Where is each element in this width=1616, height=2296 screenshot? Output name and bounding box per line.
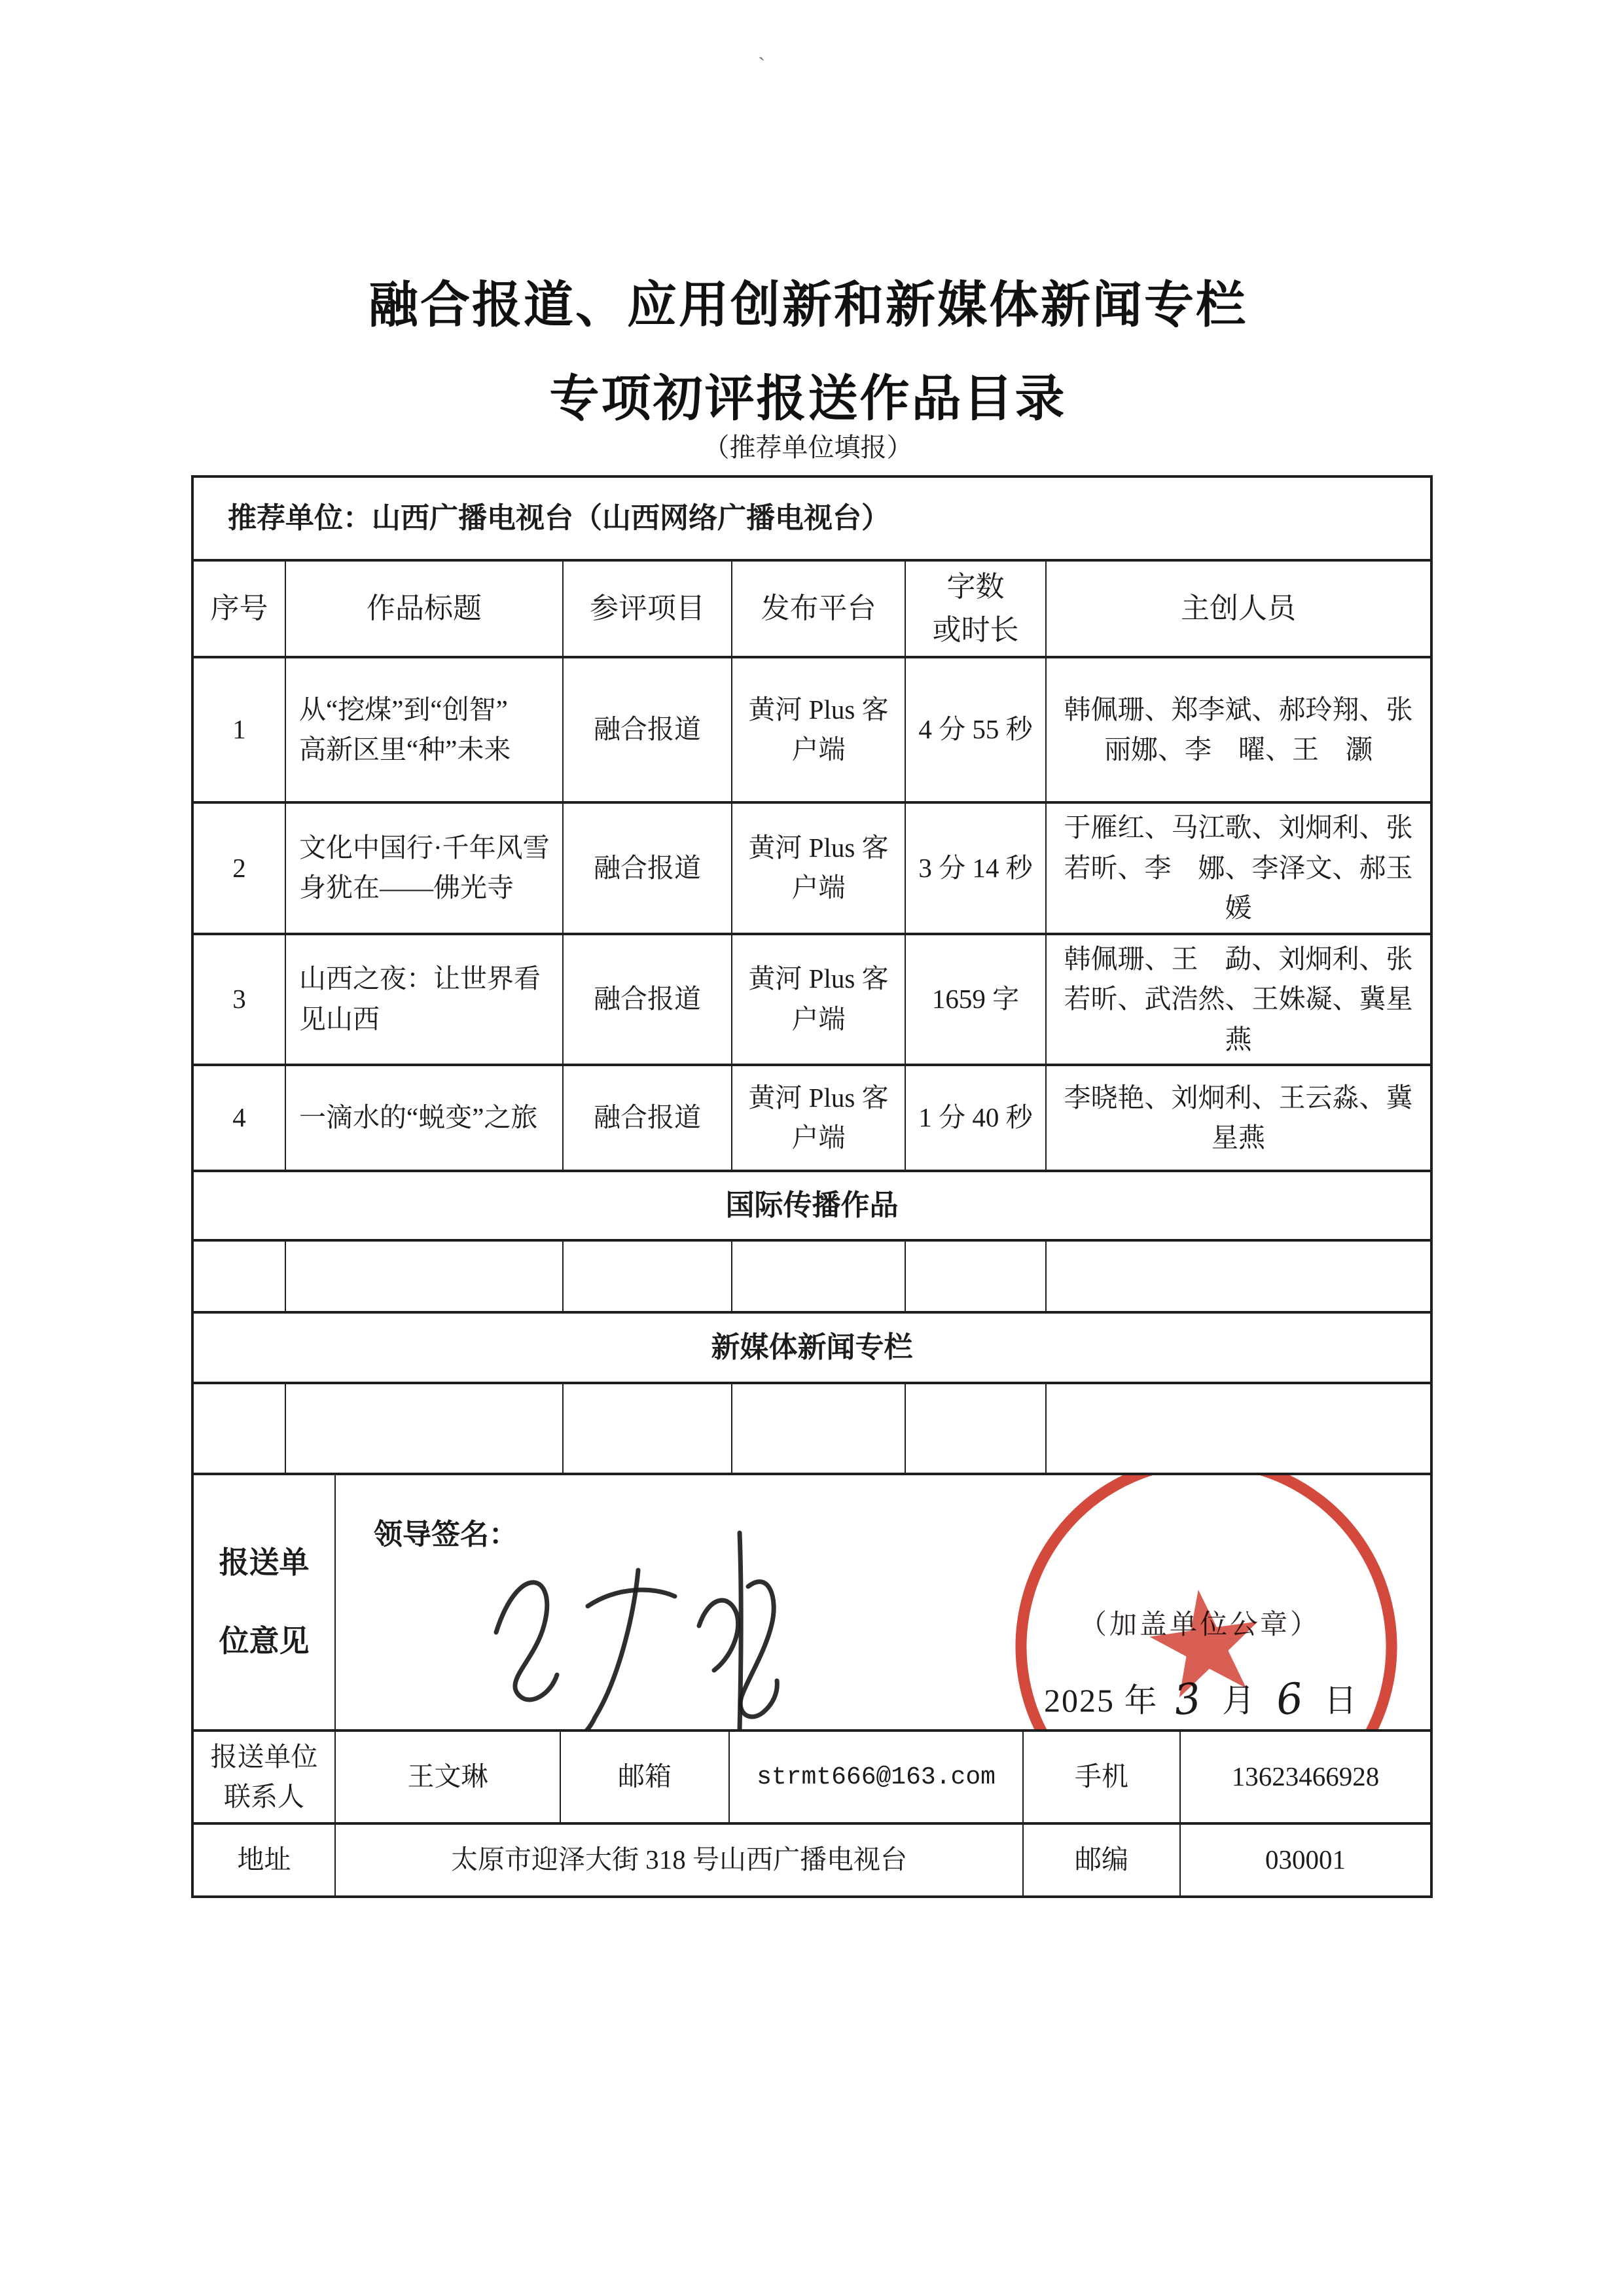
svg-text:1401005074: 1401005074 (1128, 1729, 1318, 1731)
work-platform: 黄河 Plus 客户端 (732, 934, 905, 1066)
contact-person-label: 报送单位 联系人 (192, 1731, 335, 1823)
work-no: 3 (192, 934, 285, 1066)
empty-cell (732, 1240, 905, 1312)
col-header-no: 序号 (192, 560, 285, 657)
work-no: 2 (192, 802, 285, 934)
opinion-content-cell: 领导签名： （加盖单位公章） 2025 年 3 月 6 日 (335, 1474, 1431, 1731)
section-row-newmedia: 新媒体新闻专栏 (192, 1312, 1431, 1383)
footer-table: 报送单 位意见 领导签名： （加盖单位公章） 2025 年 3 月 6 (191, 1473, 1433, 1898)
postcode-label: 邮编 (1023, 1823, 1180, 1897)
empty-cell (905, 1240, 1046, 1312)
work-length: 1 分 40 秒 (905, 1065, 1046, 1171)
contact-person-name: 王文琳 (335, 1731, 560, 1823)
work-platform: 黄河 Plus 客户端 (732, 802, 905, 934)
work-category: 融合报道 (563, 802, 732, 934)
work-no: 4 (192, 1065, 285, 1171)
recommend-unit-label: 推荐单位：山西广播电视台（山西网络广播电视台） (192, 476, 1431, 560)
document-subtitle: （推荐单位填报） (0, 427, 1616, 464)
work-title: 一滴水的“蜕变”之旅 (285, 1065, 563, 1171)
opinion-row-label: 报送单 位意见 (192, 1474, 335, 1731)
section-title-international: 国际传播作品 (192, 1171, 1431, 1240)
document-title-line2: 专项初评报送作品目录 (0, 359, 1616, 430)
empty-cell (285, 1240, 563, 1312)
col-header-title: 作品标题 (285, 560, 563, 657)
work-length: 1659 字 (905, 934, 1046, 1066)
header-row: 序号 作品标题 参评项目 发布平台 字数 或时长 主创人员 (192, 560, 1431, 657)
empty-cell (1046, 1240, 1431, 1312)
work-creators: 于雁红、马江歌、刘炯利、张若昕、李 娜、李泽文、郝玉媛 (1046, 802, 1431, 934)
contact-row: 报送单位 联系人 王文琳 邮箱 strmt666@163.com 手机 1362… (192, 1731, 1431, 1823)
mobile-label: 手机 (1023, 1731, 1180, 1823)
works-table: 推荐单位：山西广播电视台（山西网络广播电视台） 序号 作品标题 参评项目 发布平… (191, 475, 1433, 1497)
section-title-newmedia: 新媒体新闻专栏 (192, 1312, 1431, 1383)
stamp-star-icon (1144, 1582, 1267, 1700)
table-row: 2 文化中国行·千年风雪身犹在——佛光寺 融合报道 黄河 Plus 客户端 3 … (192, 802, 1431, 934)
work-category: 融合报道 (563, 1065, 732, 1171)
work-title: 从“挖煤”到“创智” 高新区里“种”未来 (285, 657, 563, 802)
address-row: 地址 太原市迎泽大街 318 号山西广播电视台 邮编 030001 (192, 1823, 1431, 1897)
mobile-value: 13623466928 (1180, 1731, 1431, 1823)
stamp-serial-number: 1401005074 (1128, 1729, 1318, 1731)
handwritten-signature (467, 1521, 781, 1731)
empty-cell (563, 1240, 732, 1312)
document-title-line1: 融合报道、应用创新和新媒体新闻专栏 (0, 265, 1616, 336)
empty-row (192, 1240, 1431, 1312)
work-platform: 黄河 Plus 客户端 (732, 1065, 905, 1171)
email-label: 邮箱 (560, 1731, 729, 1823)
work-length: 4 分 55 秒 (905, 657, 1046, 802)
opinion-row: 报送单 位意见 领导签名： （加盖单位公章） 2025 年 3 月 6 (192, 1474, 1431, 1731)
col-header-category: 参评项目 (563, 560, 732, 657)
work-no: 1 (192, 657, 285, 802)
work-title: 山西之夜：让世界看见山西 (285, 934, 563, 1066)
work-length: 3 分 14 秒 (905, 802, 1046, 934)
section-row-international: 国际传播作品 (192, 1171, 1431, 1240)
work-platform: 黄河 Plus 客户端 (732, 657, 905, 802)
work-creators: 韩佩珊、郑李斌、郝玲翔、张丽娜、李 曜、王 灏 (1046, 657, 1431, 802)
work-creators: 李晓艳、刘炯利、王云淼、冀星燕 (1046, 1065, 1431, 1171)
scanned-document-page: ` 融合报道、应用创新和新媒体新闻专栏 专项初评报送作品目录 （推荐单位填报） … (0, 0, 1616, 2296)
address-label: 地址 (192, 1823, 335, 1897)
col-header-creators: 主创人员 (1046, 560, 1431, 657)
address-value: 太原市迎泽大街 318 号山西广播电视台 (335, 1823, 1023, 1897)
work-creators: 韩佩珊、王 勐、刘炯利、张若昕、武浩然、王姝凝、冀星燕 (1046, 934, 1431, 1066)
col-header-length: 字数 或时长 (905, 560, 1046, 657)
empty-cell (192, 1240, 285, 1312)
scan-artifact: ` (758, 54, 765, 79)
work-title: 文化中国行·千年风雪身犹在——佛光寺 (285, 802, 563, 934)
table-row: 4 一滴水的“蜕变”之旅 融合报道 黄河 Plus 客户端 1 分 40 秒 李… (192, 1065, 1431, 1171)
postcode-value: 030001 (1180, 1823, 1431, 1897)
table-row: 3 山西之夜：让世界看见山西 融合报道 黄河 Plus 客户端 1659 字 韩… (192, 934, 1431, 1066)
work-category: 融合报道 (563, 657, 732, 802)
col-header-platform: 发布平台 (732, 560, 905, 657)
official-seal-stamp: 山西广播电视台 1401005074 (984, 1474, 1428, 1731)
table-row: 1 从“挖煤”到“创智” 高新区里“种”未来 融合报道 黄河 Plus 客户端 … (192, 657, 1431, 802)
email-value: strmt666@163.com (729, 1731, 1023, 1823)
recommend-unit-row: 推荐单位：山西广播电视台（山西网络广播电视台） (192, 476, 1431, 560)
work-category: 融合报道 (563, 934, 732, 1066)
